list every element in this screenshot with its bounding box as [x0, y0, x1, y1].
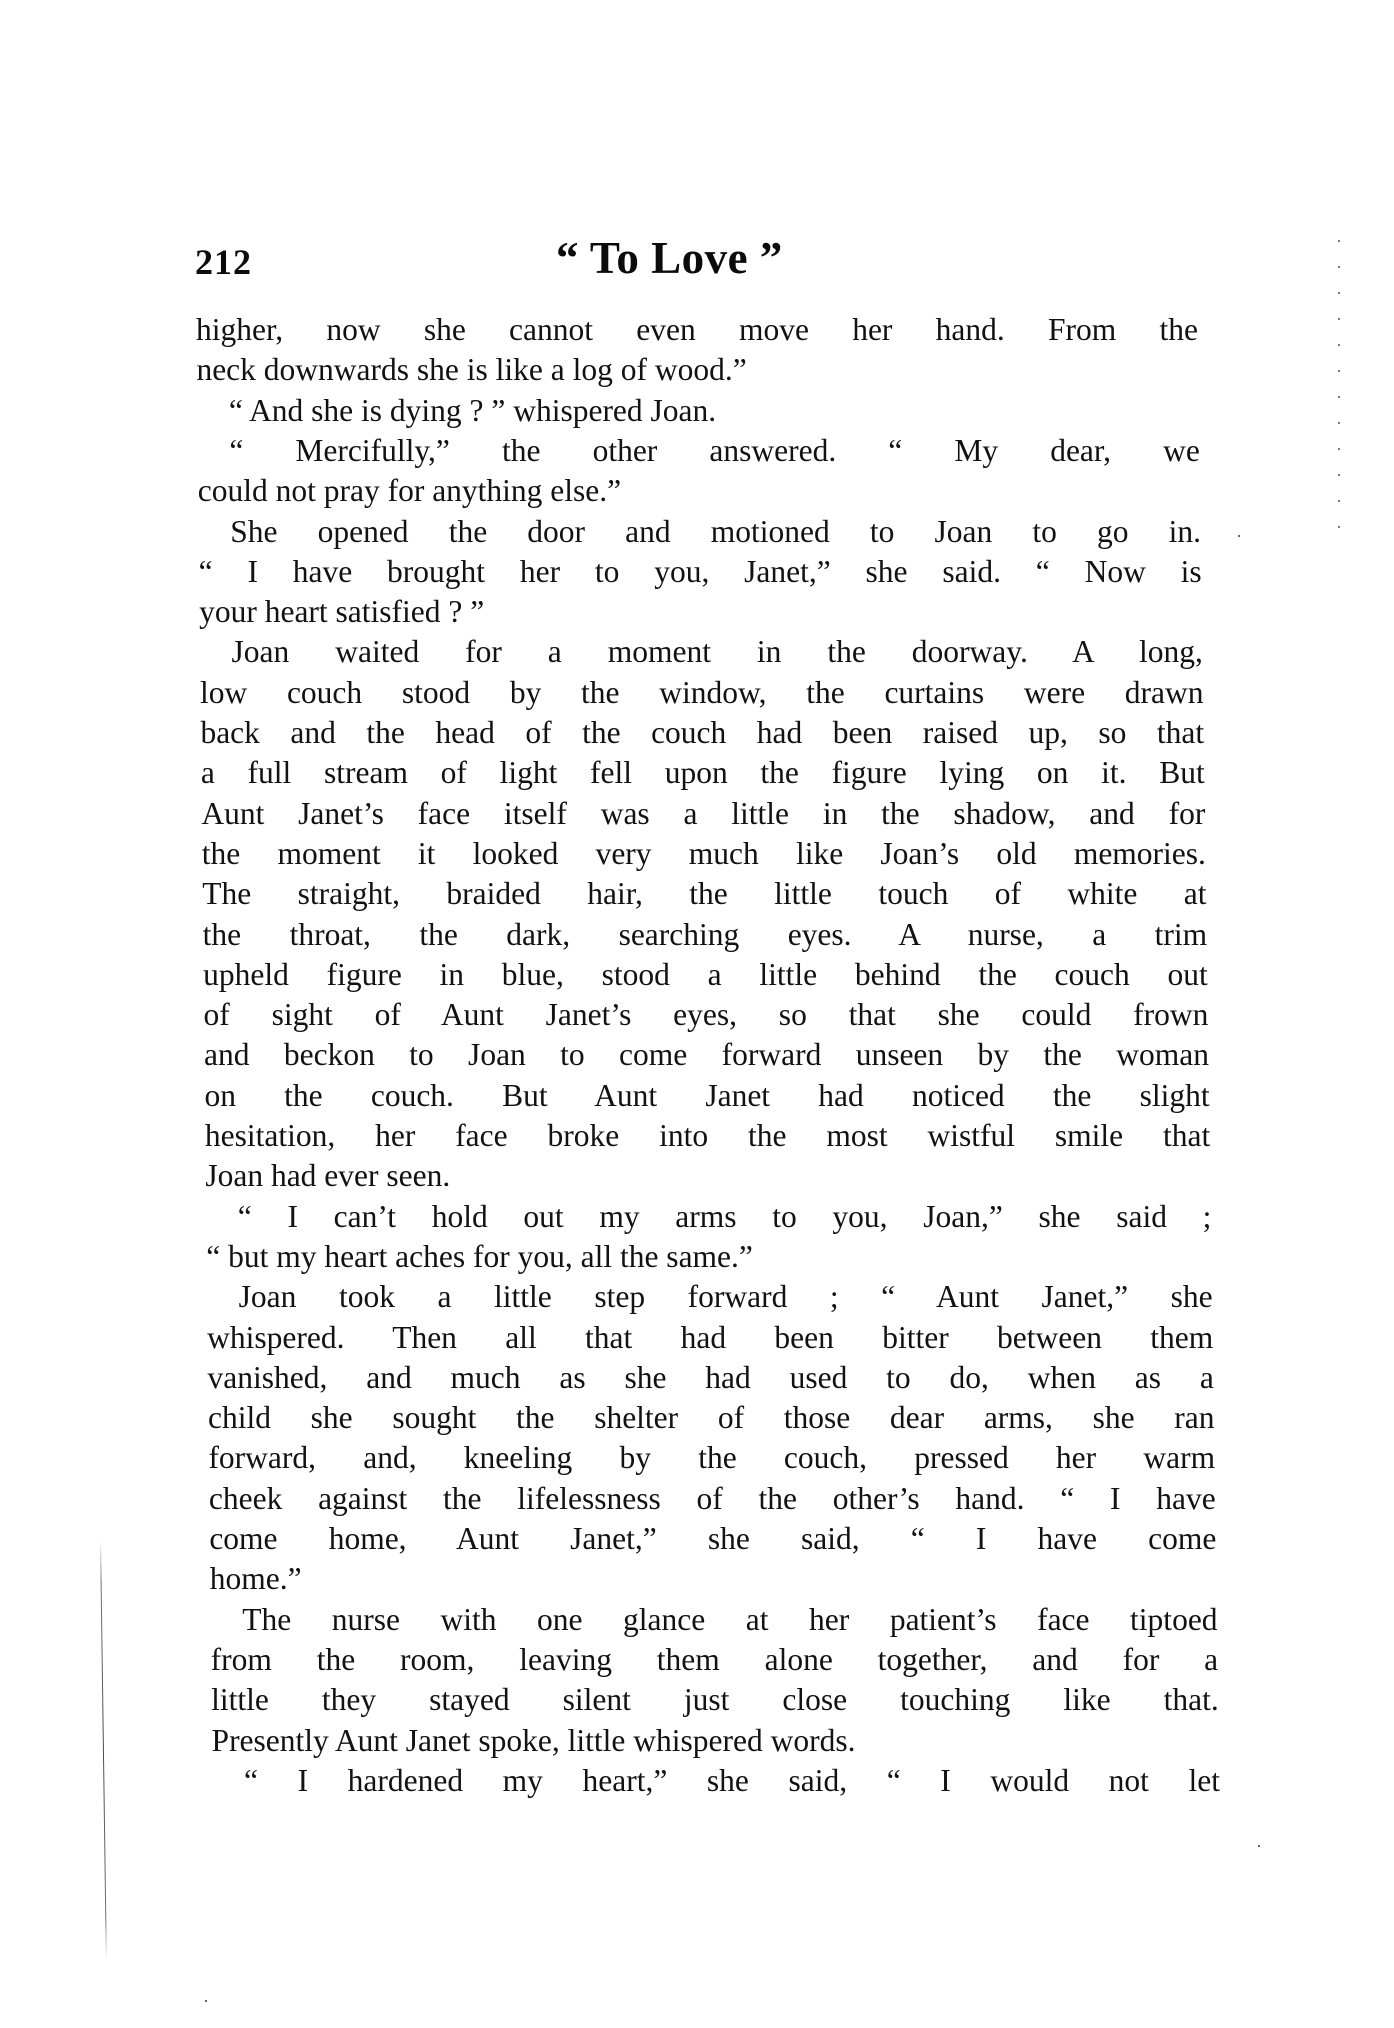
text-line: The nurse with one glance at her patient…	[210, 1600, 1217, 1640]
text-line-content: She opened the door and motioned to Joan…	[198, 512, 1201, 552]
text-line-content: Joan had ever seen.	[205, 1156, 1211, 1196]
text-line-content: higher, now she cannot even move her han…	[196, 310, 1198, 350]
text-line-content: cheek against the lifelessness of the ot…	[209, 1479, 1216, 1519]
text-line: She opened the door and motioned to Joan…	[198, 512, 1201, 552]
scan-margin-specks	[1338, 228, 1340, 548]
text-line-content: on the couch. But Aunt Janet had noticed…	[204, 1076, 1209, 1116]
text-line-content: of sight of Aunt Janet’s eyes, so that s…	[204, 995, 1209, 1035]
text-line: and beckon to Joan to come forward unsee…	[204, 1035, 1209, 1075]
text-line: Presently Aunt Janet spoke, little whisp…	[212, 1721, 1220, 1761]
text-line-content: child she sought the shelter of those de…	[208, 1398, 1215, 1438]
text-line-content: your heart satisfied ? ”	[199, 592, 1202, 632]
text-line-content: the moment it looked very much like Joan…	[202, 834, 1206, 874]
text-line-content: “ And she is dying ? ” whispered Joan.	[197, 391, 1199, 431]
text-line: Joan waited for a moment in the doorway.…	[200, 632, 1203, 672]
text-line-content: hesitation, her face broke into the most…	[205, 1116, 1210, 1156]
text-line: whispered. Then all that had been bitter…	[207, 1318, 1213, 1358]
text-line-content: from the room, leaving them alone togeth…	[211, 1640, 1219, 1680]
text-line-content: vanished, and much as she had used to do…	[208, 1358, 1214, 1398]
text-line-content: The straight, braided hair, the little t…	[202, 874, 1206, 914]
text-line: could not pray for anything else.”	[198, 471, 1201, 511]
text-line-content: “ I can’t hold out my arms to you, Joan,…	[206, 1197, 1212, 1237]
text-line-content: little they stayed silent just close tou…	[211, 1680, 1219, 1720]
text-line: neck downwards she is like a log of wood…	[196, 350, 1198, 390]
text-line-content: home.”	[210, 1559, 1217, 1599]
text-line-content: upheld figure in blue, stood a little be…	[203, 955, 1208, 995]
text-line-content: “ Mercifully,” the other answered. “ My …	[197, 431, 1200, 471]
text-line: a full stream of light fell upon the fig…	[201, 753, 1205, 793]
text-line: the throat, the dark, searching eyes. A …	[203, 915, 1208, 955]
text-line: “ I can’t hold out my arms to you, Joan,…	[206, 1197, 1212, 1237]
text-line: “ but my heart aches for you, all the sa…	[206, 1237, 1212, 1277]
text-line: back and the head of the couch had been …	[200, 713, 1204, 753]
text-line-content: a full stream of light fell upon the fig…	[201, 753, 1205, 793]
text-line: “ And she is dying ? ” whispered Joan.	[197, 391, 1199, 431]
text-line-content: could not pray for anything else.”	[198, 471, 1201, 511]
text-line-content: the throat, the dark, searching eyes. A …	[203, 915, 1208, 955]
text-line-content: come home, Aunt Janet,” she said, “ I ha…	[209, 1519, 1216, 1559]
text-line: from the room, leaving them alone togeth…	[211, 1640, 1219, 1680]
text-line: low couch stood by the window, the curta…	[200, 673, 1204, 713]
text-line: the moment it looked very much like Joan…	[202, 834, 1206, 874]
text-line: vanished, and much as she had used to do…	[208, 1358, 1214, 1398]
text-line-content: “ but my heart aches for you, all the sa…	[206, 1237, 1212, 1277]
text-line-content: Aunt Janet’s face itself was a little in…	[201, 794, 1205, 834]
text-line-content: The nurse with one glance at her patient…	[210, 1600, 1217, 1640]
text-line: hesitation, her face broke into the most…	[205, 1116, 1210, 1156]
text-line-content: low couch stood by the window, the curta…	[200, 673, 1204, 713]
scan-speck	[1238, 535, 1240, 537]
text-line: “ Mercifully,” the other answered. “ My …	[197, 431, 1200, 471]
text-line: little they stayed silent just close tou…	[211, 1680, 1219, 1720]
scan-speck	[205, 2000, 207, 2002]
text-line: forward, and, kneeling by the couch, pre…	[208, 1438, 1215, 1478]
text-line-content: “ I have brought her to you, Janet,” she…	[199, 552, 1202, 592]
text-line: upheld figure in blue, stood a little be…	[203, 955, 1208, 995]
text-line-content: “ I hardened my heart,” she said, “ I wo…	[212, 1761, 1220, 1801]
book-page: 212 “ To Love ” higher, now she cannot e…	[0, 0, 1394, 2028]
text-line: Joan took a little step forward ; “ Aunt…	[207, 1277, 1213, 1317]
text-line: “ I have brought her to you, Janet,” she…	[199, 552, 1202, 592]
text-line: higher, now she cannot even move her han…	[196, 310, 1198, 350]
text-line-content: Presently Aunt Janet spoke, little whisp…	[212, 1721, 1220, 1761]
text-line: Joan had ever seen.	[205, 1156, 1211, 1196]
text-line-content: whispered. Then all that had been bitter…	[207, 1318, 1213, 1358]
text-line-content: forward, and, kneeling by the couch, pre…	[208, 1438, 1215, 1478]
text-line: The straight, braided hair, the little t…	[202, 874, 1206, 914]
text-line: cheek against the lifelessness of the ot…	[209, 1479, 1216, 1519]
text-line-content: Joan took a little step forward ; “ Aunt…	[207, 1277, 1213, 1317]
text-line: on the couch. But Aunt Janet had noticed…	[204, 1076, 1209, 1116]
text-line: “ I hardened my heart,” she said, “ I wo…	[212, 1761, 1220, 1801]
text-line-content: back and the head of the couch had been …	[200, 713, 1204, 753]
body-text: higher, now she cannot even move her han…	[0, 0, 1394, 2028]
text-line: Aunt Janet’s face itself was a little in…	[201, 794, 1205, 834]
scan-speck	[1258, 1845, 1260, 1847]
text-line-content: Joan waited for a moment in the doorway.…	[200, 632, 1203, 672]
text-line: child she sought the shelter of those de…	[208, 1398, 1215, 1438]
text-line: come home, Aunt Janet,” she said, “ I ha…	[209, 1519, 1216, 1559]
text-line: your heart satisfied ? ”	[199, 592, 1202, 632]
text-line-content: and beckon to Joan to come forward unsee…	[204, 1035, 1209, 1075]
text-line: of sight of Aunt Janet’s eyes, so that s…	[204, 995, 1209, 1035]
text-line: home.”	[210, 1559, 1217, 1599]
text-line-content: neck downwards she is like a log of wood…	[196, 350, 1198, 390]
